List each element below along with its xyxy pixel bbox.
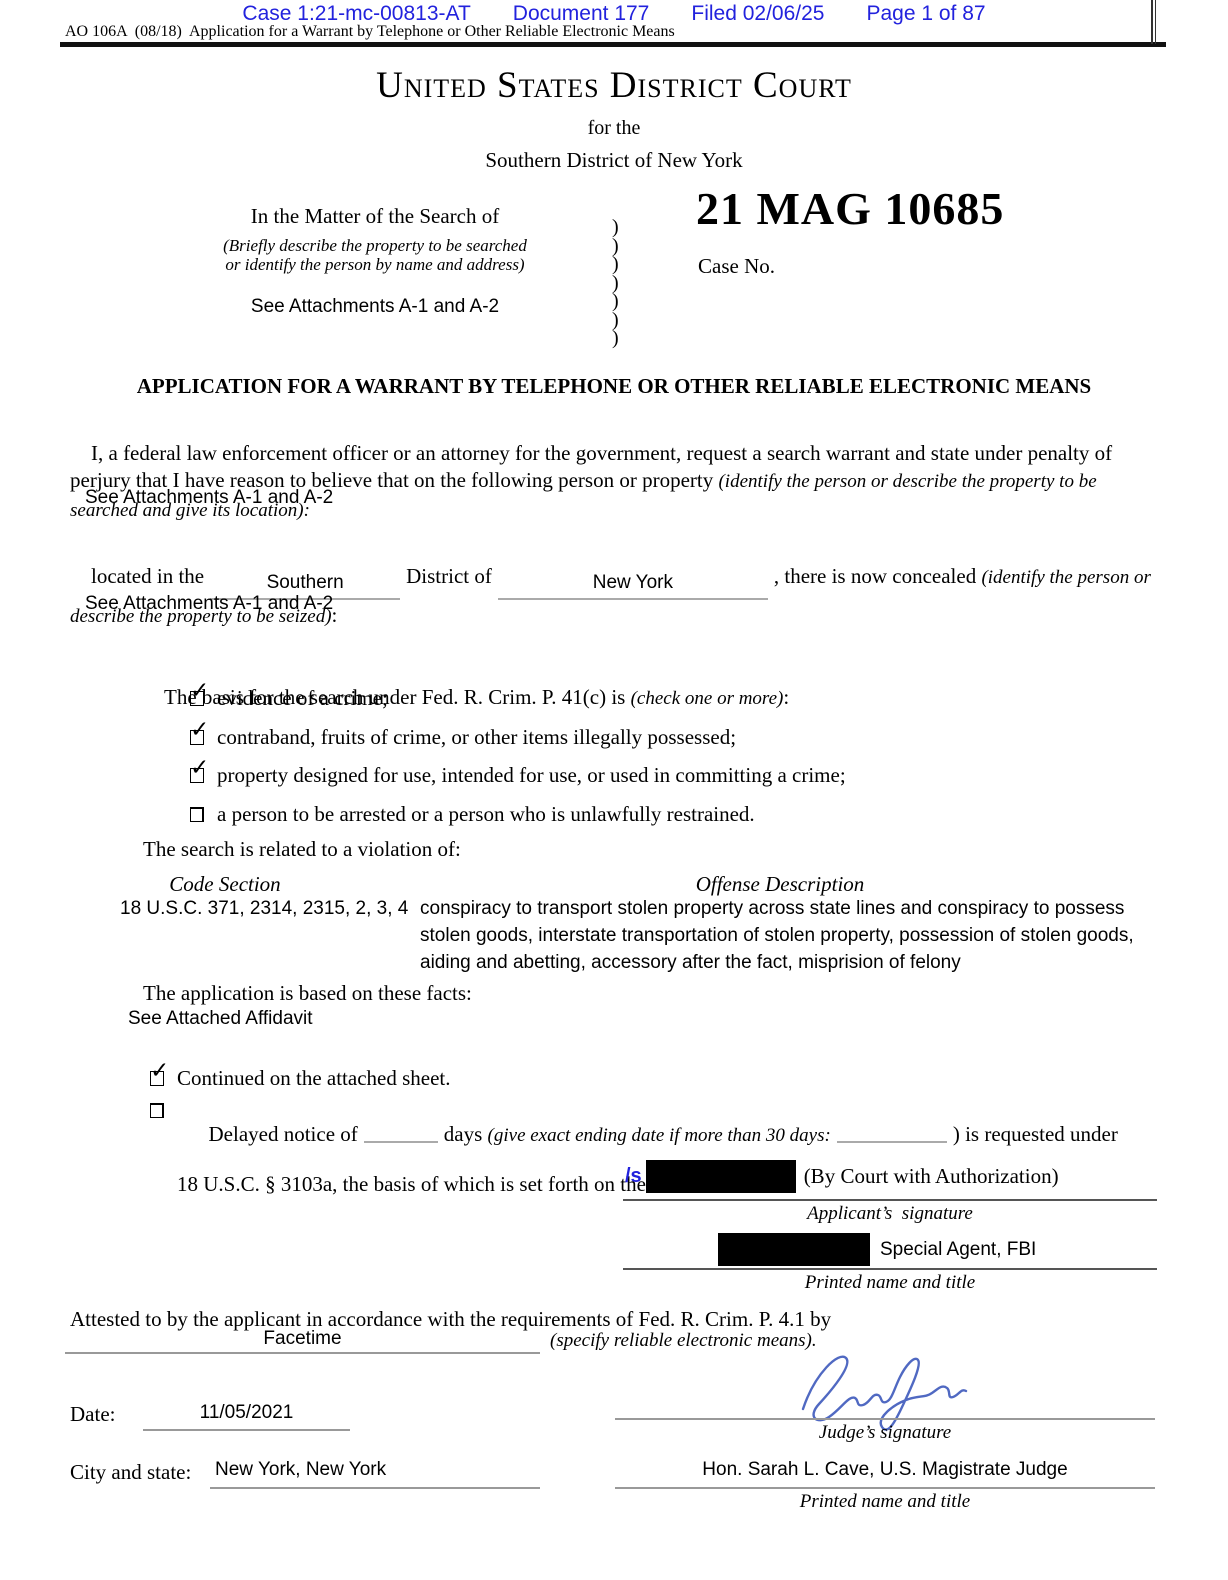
form-title: APPLICATION FOR A WARRANT BY TELEPHONE O… [0,374,1228,399]
matter-value: See Attachments A-1 and A-2 [135,296,615,318]
matter-instruction-line1: (Briefly describe the property to be sea… [135,236,615,255]
offense-description-value: conspiracy to transport stolen property … [420,895,1150,976]
property-seized-value: See Attachments A-1 and A-2 [85,593,333,615]
printed-name-redaction [718,1233,870,1266]
delayed-end-date-blank [837,1141,947,1143]
header-divider [60,42,1166,47]
offense-description-header: Offense Description [420,872,1140,897]
basis-item-label: property designed for use, intended for … [217,763,846,787]
basis-item-label: contraband, fruits of crime, or other it… [217,725,736,749]
judge-signature-line [615,1418,1155,1420]
form-id-line: AO 106A (08/18) Application for a Warran… [65,23,675,41]
located-suffix: , there is now concealed [774,564,982,588]
basis-item-label: a person to be arrested or a person who … [217,802,755,826]
court-title: United States District Court [0,64,1228,107]
date-label: Date: [70,1402,115,1427]
applicant-signature-line [623,1199,1157,1201]
header-right-tick [1151,0,1156,44]
applicant-signature-row: /s (By Court with Authorization) [625,1160,1059,1193]
paren-glyph: ) [612,255,619,274]
electronic-means-line [65,1352,540,1354]
court-district: Southern District of New York [0,148,1228,173]
checkbox-checked-icon [190,768,204,783]
by-court-label: (By Court with Authorization) [804,1164,1059,1189]
judge-printed-name: Hon. Sarah L. Cave, U.S. Magistrate Judg… [615,1459,1155,1481]
delayed-instruction: (give exact ending date if more than 30 … [488,1125,831,1146]
applicant-signature-redaction [646,1160,796,1193]
basis-checkbox-list: evidence of a crime; contraband, fruits … [190,686,846,840]
caption-brace: ) ) ) ) ) ) ) [612,218,619,348]
located-middle: District of [406,564,492,588]
court-for-the: for the [0,117,1228,140]
printed-name-caption: Printed name and title [623,1272,1157,1294]
paren-glyph: ) [612,218,619,237]
judge-signature-caption: Judge’s signature [615,1422,1155,1444]
delayed-prefix: Delayed notice of [209,1122,358,1146]
violation-intro: The search is related to a violation of: [143,836,461,864]
city-state-label: City and state: [70,1460,191,1485]
checkbox-checked-icon [190,730,204,745]
electronic-means-caption: (specify reliable electronic means). [550,1330,817,1352]
city-state-value: New York, New York [215,1459,386,1481]
printed-name-line [623,1268,1157,1270]
basis-item-person: a person to be arrested or a person who … [190,802,846,826]
facts-intro: The application is based on these facts: [143,980,472,1008]
warrant-application-page: Case 1:21-mc-00813-AT Document 177 Filed… [0,0,1228,1580]
basis-item-contraband: contraband, fruits of crime, or other it… [190,725,846,749]
electronic-means-value: Facetime [65,1328,540,1350]
located-prefix: located in the [91,564,204,588]
checkbox-checked-icon [190,691,204,706]
code-section-value: 18 U.S.C. 371, 2314, 2315, 2, 3, 4 [120,895,410,922]
date-line [143,1429,350,1431]
printed-title: Special Agent, FBI [880,1239,1036,1261]
facts-value: See Attached Affidavit [128,1008,313,1030]
state-field: New York [498,567,768,600]
checkbox-checked-icon [150,1071,164,1086]
continued-sheet-item: Continued on the attached sheet. [150,1066,451,1090]
code-section-header: Code Section [120,872,330,897]
matter-instruction: (Briefly describe the property to be sea… [135,236,615,274]
continued-label: Continued on the attached sheet. [177,1066,451,1090]
matter-title: In the Matter of the Search of [135,204,615,229]
judge-printed-caption: Printed name and title [615,1491,1155,1513]
basis-item-property: property designed for use, intended for … [190,763,846,787]
paren-glyph: ) [612,292,619,311]
case-no-label: Case No. [698,254,775,279]
city-state-line [210,1487,540,1489]
caption-matter-block: In the Matter of the Search of (Briefly … [135,204,615,318]
matter-instruction-line2: or identify the person by name and addre… [135,255,615,274]
delayed-days-blank [364,1141,438,1143]
printed-name-row: Special Agent, FBI [718,1233,1036,1266]
case-number-stamp: 21 MAG 10685 [696,182,1004,235]
checkbox-unchecked-icon [150,1103,164,1118]
applicant-signature-caption: Applicant’s signature [623,1203,1157,1225]
ecf-page-count: Page 1 of 87 [866,2,985,26]
basis-item-label: evidence of a crime; [217,686,388,710]
property-searched-value: See Attachments A-1 and A-2 [85,487,333,509]
ecf-filed-date: Filed 02/06/25 [691,2,824,26]
delayed-close: ) is requested under [953,1122,1118,1146]
date-value: 11/05/2021 [143,1402,350,1424]
delayed-days-word: days [444,1122,488,1146]
judge-printed-line [615,1487,1155,1489]
checkbox-unchecked-icon [190,807,204,822]
paren-glyph: ) [612,329,619,348]
s-slash-mark: /s [625,1165,642,1188]
basis-item-evidence: evidence of a crime; [190,686,846,710]
